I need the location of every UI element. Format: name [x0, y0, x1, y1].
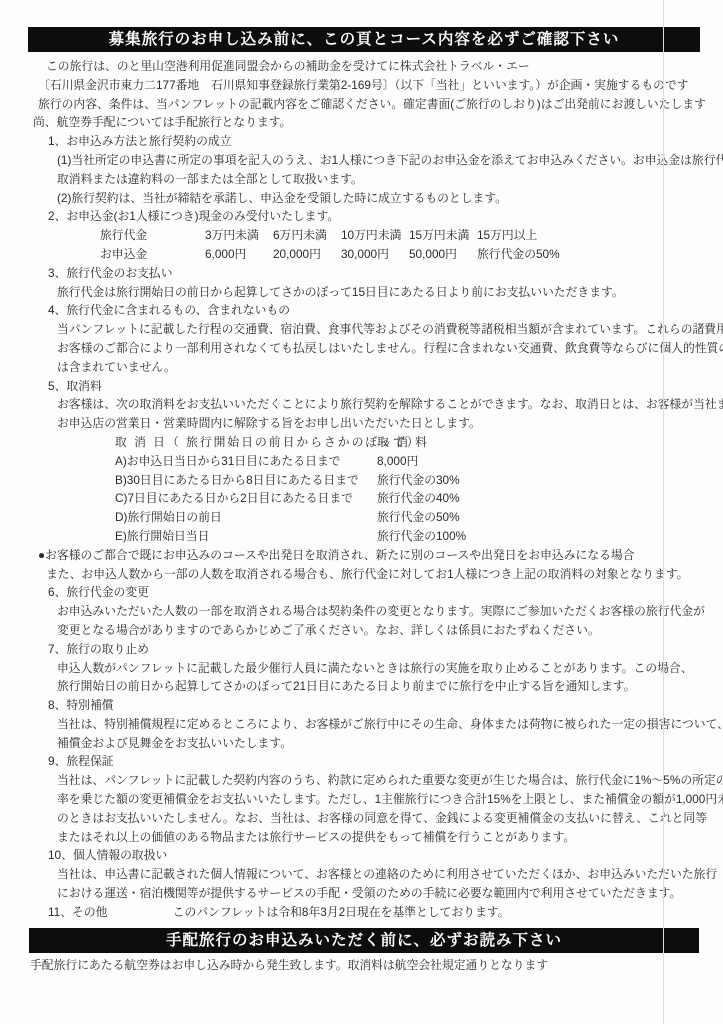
deposit-amount: 旅行代金の50% [477, 245, 560, 264]
terms-body: この旅行は、のと里山空港利用促進同盟会からの補助金を受けてに株式会社トラベル・エ… [33, 57, 697, 922]
section-heading: 7、旅行の取り止め [48, 640, 697, 659]
cancellation-table-row: C)7日目にあたる日から2日目にあたる日まで 旅行代金の40% [115, 489, 697, 508]
section-heading: 10、個人情報の取扱い [48, 846, 697, 865]
deposit-row-label: お申込金 [100, 245, 205, 264]
cancellation-header-date: 取 消 日（ 旅行開始日の前日からさかのぼって） [115, 433, 377, 452]
cancellation-table-row: B)30日目にあたる日から8日目にあたる日まで 旅行代金の30% [115, 471, 697, 490]
deposit-threshold: 15万円未満 [409, 226, 477, 245]
section-line: 当社は、パンフレットに記載した契約内容のうち、約款に定められた重要な変更が生じた… [57, 771, 697, 790]
cancellation-period: C)7日目にあたる日から2日目にあたる日まで [115, 489, 377, 508]
section-line: 補償金および見舞金をお支払いいたします。 [57, 734, 697, 753]
cancellation-fee: 旅行代金の50% [377, 508, 460, 527]
section-line: 当社は、特別補償規程に定めるところにより、お客様がご旅行中にその生命、身体または… [57, 715, 697, 734]
section-heading: 11、その他 [48, 905, 107, 919]
cancellation-note: また、お申込人数から一部の人数を取消される場合も、旅行代金に対してお1人様につき… [46, 565, 697, 584]
scan-artifact-line [663, 0, 664, 1024]
intro-line: 旅行の内容、条件は、当パンフレットの記載内容をご確認ください。確定書面(ご旅行の… [38, 95, 697, 114]
section-line: 当社は、申込書に記載された個人情報について、お客様との連絡のために利用させていた… [57, 865, 697, 884]
section-line: 率を乗じた額の変更補償金をお支払いいたします。ただし、1主催旅行につき合計15%… [57, 790, 697, 809]
section-line: 取消料または違約料の一部または全部として取扱います。 [57, 170, 697, 189]
section-line: (1)当社所定の申込書に所定の事項を記入のうえ、お1人様につき下記のお申込金を添… [57, 151, 697, 170]
deposit-table-row: 旅行代金 3万円未満 6万円未満 10万円未満 15万円未満 15万円以上 [100, 226, 697, 245]
section-heading: 2、お申込金(お1人様につき)現金のみ受付いたします。 [48, 207, 697, 226]
section-line: 申込人数がパンフレットに記載した最少催行人員に満たないときは旅行の実施を取り止め… [57, 659, 697, 678]
bottom-banner: 手配旅行のお申込みいただく前に、必ずお読み下さい [30, 929, 698, 952]
cancellation-table-header: 取 消 日（ 旅行開始日の前日からさかのぼって） 取 消 料 [115, 433, 697, 452]
deposit-amount: 6,000円 [205, 245, 273, 264]
cancellation-table-row: D)旅行開始日の前日 旅行代金の50% [115, 508, 697, 527]
section-heading: 8、特別補償 [48, 696, 697, 715]
deposit-amount: 30,000円 [341, 245, 409, 264]
footer-note: 手配旅行にあたる航空券はお申し込み時から発生致します。取消料は航空会社規定通りと… [30, 956, 723, 973]
section-line: 当パンフレットに記載した行程の交通費、宿泊費、食事代等およびその消費税等諸税相当… [57, 320, 697, 339]
section-heading: 1、お申込み方法と旅行契約の成立 [48, 132, 697, 151]
section-line: における運送・宿泊機関等が提供するサービスの手配・受領のための手続に必要な範囲内… [57, 884, 697, 903]
cancellation-fee: 旅行代金の30% [377, 471, 460, 490]
deposit-threshold: 3万円未満 [205, 226, 273, 245]
intro-line: 尚、航空券手配については手配旅行となります。 [33, 113, 697, 132]
cancellation-fee: 8,000円 [377, 452, 418, 471]
section-heading-row: 11、その他 このパンフレットは令和8年3月2日現在を基準としております。 [48, 903, 697, 922]
section-line: お申込みいただいた人数の一部を取消される場合は契約条件の変更となります。実際にご… [57, 602, 697, 621]
top-banner: 募集旅行のお申し込み前に、この頁とコース内容を必ずご確認下さい [29, 28, 699, 51]
cancellation-period: E)旅行開始日当日 [115, 527, 377, 546]
section-line: (2)旅行契約は、当社が締結を承諾し、申込金を受領した時に成立するものとします。 [57, 189, 697, 208]
cancellation-period: A)お申込日当日から31日目にあたる日まで [115, 452, 377, 471]
deposit-table-row: お申込金 6,000円 20,000円 30,000円 50,000円 旅行代金… [100, 245, 697, 264]
deposit-threshold: 15万円以上 [477, 226, 537, 245]
section-line: 旅行代金は旅行開始日の前日から起算してさかのぼって15日目にあたる日より前にお支… [57, 283, 697, 302]
section-line: このパンフレットは令和8年3月2日現在を基準としております。 [173, 905, 510, 919]
cancellation-fee: 旅行代金の100% [377, 527, 466, 546]
intro-line: 〔石川県金沢市東力二177番地 石川県知事登録旅行業第2-169号〕（以下「当社… [38, 76, 697, 95]
section-heading: 3、旅行代金のお支払い [48, 264, 697, 283]
section-heading: 6、旅行代金の変更 [48, 583, 697, 602]
section-line: お申込店の営業日・営業時間内に解除する旨をお申し出いただいた日とします。 [57, 414, 697, 433]
section-line: 旅行開始日の前日から起算してさかのぼって21日目にあたる日より前までに旅行を中止… [57, 677, 697, 696]
section-line: 変更となる場合がありますのであらかじめご了承ください。なお、詳しくは係員におたず… [57, 621, 697, 640]
cancellation-table-row: E)旅行開始日当日 旅行代金の100% [115, 527, 697, 546]
cancellation-header-fee: 取 消 料 [377, 433, 429, 452]
top-banner-title: 募集旅行のお申し込み前に、この頁とコース内容を必ずご確認下さい [109, 31, 620, 48]
section-line: のときはお支払いいたしません。なお、当社は、お客様の同意を得て、金銭による変更補… [57, 809, 697, 828]
section-heading: 9、旅程保証 [48, 752, 697, 771]
deposit-row-label: 旅行代金 [100, 226, 205, 245]
cancellation-fee: 旅行代金の40% [377, 489, 460, 508]
intro-line: この旅行は、のと里山空港利用促進同盟会からの補助金を受けてに株式会社トラベル・エ… [46, 57, 697, 76]
deposit-threshold: 10万円未満 [341, 226, 409, 245]
cancellation-period: D)旅行開始日の前日 [115, 508, 377, 527]
scanned-terms-page: 募集旅行のお申し込み前に、この頁とコース内容を必ずご確認下さい この旅行は、のと… [0, 0, 723, 1024]
section-line: お客様のご都合により一部利用されなくても払戻しはいたしません。行程に含まれない交… [57, 339, 697, 358]
bottom-banner-title: 手配旅行のお申込みいただく前に、必ずお読み下さい [166, 932, 562, 949]
cancellation-note: ●お客様のご都合で既にお申込みのコースや出発日を取消され、新たに別のコースや出発… [38, 546, 697, 565]
deposit-amount: 20,000円 [273, 245, 341, 264]
section-line: またはそれ以上の価値のある物品または旅行サービスの提供をもって補償を行うことがあ… [57, 828, 697, 847]
cancellation-period: B)30日目にあたる日から8日目にあたる日まで [115, 471, 377, 490]
section-heading: 4、旅行代金に含まれるもの、含まれないもの [48, 301, 697, 320]
section-line: お客様は、次の取消料をお支払いいただくことにより旅行契約を解除することができます… [57, 395, 697, 414]
deposit-threshold: 6万円未満 [273, 226, 341, 245]
deposit-amount: 50,000円 [409, 245, 477, 264]
cancellation-table-row: A)お申込日当日から31日目にあたる日まで 8,000円 [115, 452, 697, 471]
section-heading: 5、取消料 [48, 377, 697, 396]
section-line: は含まれていません。 [57, 358, 697, 377]
